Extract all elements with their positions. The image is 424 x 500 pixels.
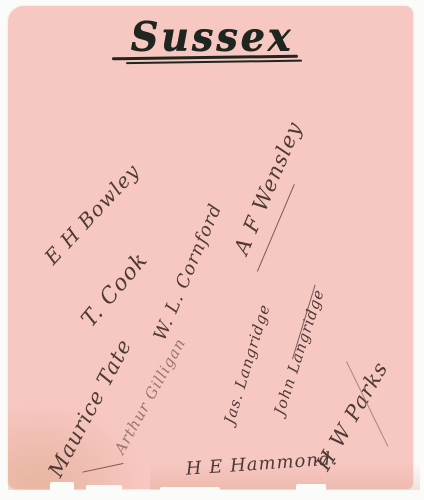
torn-edge-notch [296, 484, 326, 493]
torn-edge-notch [86, 485, 122, 493]
torn-edge-notch [160, 487, 220, 493]
page-title: Sussex [0, 13, 424, 60]
scanned-autograph-page: Sussex E H Bowley T. Cook W. L. Cornford… [0, 0, 424, 500]
torn-edge-notch [50, 482, 74, 492]
